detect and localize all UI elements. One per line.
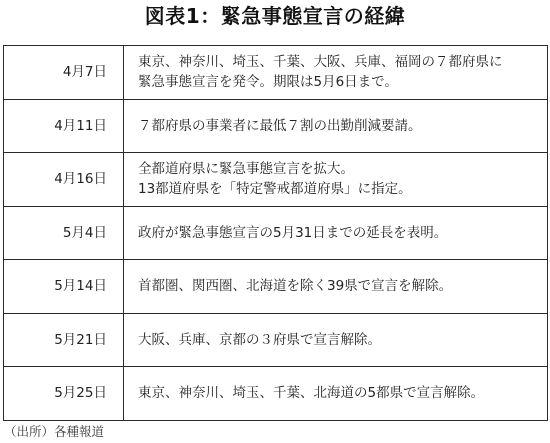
description-line: 東京、神奈川、埼玉、千葉、大阪、兵庫、福岡の７都府県に: [138, 52, 547, 72]
row-date: 5月21日: [4, 313, 124, 367]
row-description: 首都圏、関西圏、北海道を除く39県で宣言を解除。: [124, 260, 548, 314]
table-row: 5月14日 首都圏、関西圏、北海道を除く39県で宣言を解除。: [4, 260, 548, 314]
description-line: 大阪、兵庫、京都の３府県で宣言解除。: [138, 330, 547, 350]
description-line: 全都道府県に緊急事態宣言を拡大。: [138, 159, 547, 179]
table-row: 4月11日 ７都府県の事業者に最低７割の出勤削減要請。: [4, 99, 548, 153]
row-date: 4月11日: [4, 99, 124, 153]
row-date: 5月14日: [4, 260, 124, 314]
table-row: 4月7日 東京、神奈川、埼玉、千葉、大阪、兵庫、福岡の７都府県に 緊急事態宣言を…: [4, 46, 548, 100]
description-line: 緊急事態宣言を発令。期限は5月6日まで。: [138, 72, 547, 92]
description-line: 首都圏、関西圏、北海道を除く39県で宣言を解除。: [138, 276, 547, 296]
figure-title: 図表1：緊急事態宣言の経緯: [0, 2, 550, 30]
row-description: 東京、神奈川、埼玉、千葉、大阪、兵庫、福岡の７都府県に 緊急事態宣言を発令。期限…: [124, 46, 548, 100]
row-description: 政府が緊急事態宣言の5月31日までの延長を表明。: [124, 206, 548, 260]
description-line: 政府が緊急事態宣言の5月31日までの延長を表明。: [138, 223, 547, 243]
table-row: 5月21日 大阪、兵庫、京都の３府県で宣言解除。: [4, 313, 548, 367]
timeline-table: 4月7日 東京、神奈川、埼玉、千葉、大阪、兵庫、福岡の７都府県に 緊急事態宣言を…: [3, 45, 548, 421]
description-line: ７都府県の事業者に最低７割の出勤削減要請。: [138, 116, 547, 136]
description-line: 13都道府県を「特定警戒都道府県」に指定。: [138, 179, 547, 199]
row-date: 4月16日: [4, 153, 124, 207]
description-line: 東京、神奈川、埼玉、千葉、北海道の5都県で宣言解除。: [138, 383, 547, 403]
table-row: 5月25日 東京、神奈川、埼玉、千葉、北海道の5都県で宣言解除。: [4, 367, 548, 421]
table-row: 5月4日 政府が緊急事態宣言の5月31日までの延長を表明。: [4, 206, 548, 260]
row-description: 東京、神奈川、埼玉、千葉、北海道の5都県で宣言解除。: [124, 367, 548, 421]
row-description: 全都道府県に緊急事態宣言を拡大。 13都道府県を「特定警戒都道府県」に指定。: [124, 153, 548, 207]
row-description: ７都府県の事業者に最低７割の出勤削減要請。: [124, 99, 548, 153]
table-row: 4月16日 全都道府県に緊急事態宣言を拡大。 13都道府県を「特定警戒都道府県」…: [4, 153, 548, 207]
row-date: 5月25日: [4, 367, 124, 421]
source-note: （出所）各種報道: [4, 422, 104, 440]
row-description: 大阪、兵庫、京都の３府県で宣言解除。: [124, 313, 548, 367]
row-date: 5月4日: [4, 206, 124, 260]
row-date: 4月7日: [4, 46, 124, 100]
